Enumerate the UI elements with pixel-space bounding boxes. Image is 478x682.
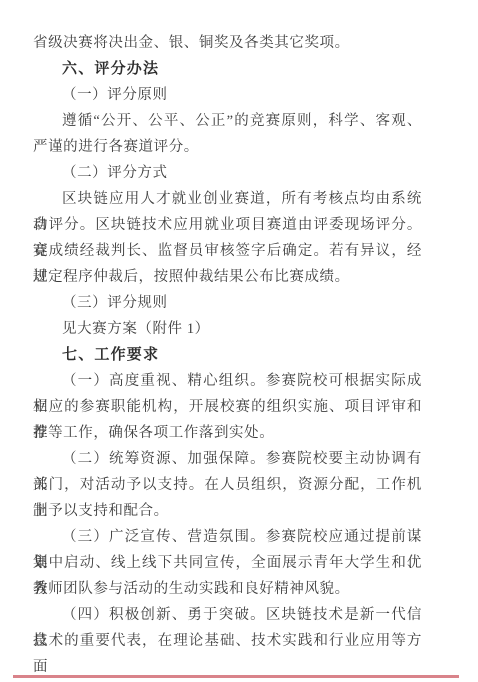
text-line: 赛成绩经裁判长、监督员审核签字后确定。若有异议，经过 xyxy=(33,238,422,264)
text-line: 荐等工作，确保各项工作落到实处。 xyxy=(33,420,422,446)
text-line: 上予以支持和配合。 xyxy=(33,498,422,524)
section-heading-7: 七、工作要求 xyxy=(33,342,422,368)
red-horizontal-rule xyxy=(13,675,459,678)
subsection-heading: （三）评分规则 xyxy=(33,290,422,316)
text-line: 动评分。区块链技术应用就业项目赛道由评委现场评分。竞 xyxy=(33,212,422,238)
text-line: （四）积极创新、勇于突破。区块链技术是新一代信息 xyxy=(33,602,422,628)
text-line: 规定程序仲裁后，按照仲裁结果公布比赛成绩。 xyxy=(33,264,422,290)
text-line: （一）高度重视、精心组织。参赛院校可根据实际成立 xyxy=(33,368,422,394)
text-line: 见大赛方案（附件 1） xyxy=(33,316,422,342)
text-line: 集中启动、线上线下共同宣传，全面展示青年大学生和优秀 xyxy=(33,550,422,576)
document-text-block: 省级决赛将决出金、银、铜奖及各类其它奖项。 六、评分办法 （一）评分原则 遵循“… xyxy=(33,30,422,654)
text-line: 遵循“公开、公平、公正”的竞赛原则，科学、客观、 xyxy=(33,108,422,134)
text-line: 教师团队参与活动的生动实践和良好精神风貌。 xyxy=(33,576,422,602)
section-heading-6: 六、评分办法 xyxy=(33,56,422,82)
text-line: （二）统筹资源、加强保障。参赛院校要主动协调有关 xyxy=(33,446,422,472)
subsection-heading: （二）评分方式 xyxy=(33,160,422,186)
text-line: 相应的参赛职能机构，开展校赛的组织实施、项目评审和推 xyxy=(33,394,422,420)
text-line: 省级决赛将决出金、银、铜奖及各类其它奖项。 xyxy=(33,30,422,56)
subsection-heading: （一）评分原则 xyxy=(33,82,422,108)
text-line: （三）广泛宣传、营造氛围。参赛院校应通过提前谋划、 xyxy=(33,524,422,550)
text-line: 技术的重要代表，在理论基础、技术实践和行业应用等方面 xyxy=(33,628,422,654)
text-line: 部门，对活动予以支持。在人员组织，资源分配，工作机制 xyxy=(33,472,422,498)
text-line: 严谨的进行各赛道评分。 xyxy=(33,134,422,160)
text-line: 区块链应用人才就业创业赛道，所有考核点均由系统自 xyxy=(33,186,422,212)
document-page: 省级决赛将决出金、银、铜奖及各类其它奖项。 六、评分办法 （一）评分原则 遵循“… xyxy=(0,0,478,682)
